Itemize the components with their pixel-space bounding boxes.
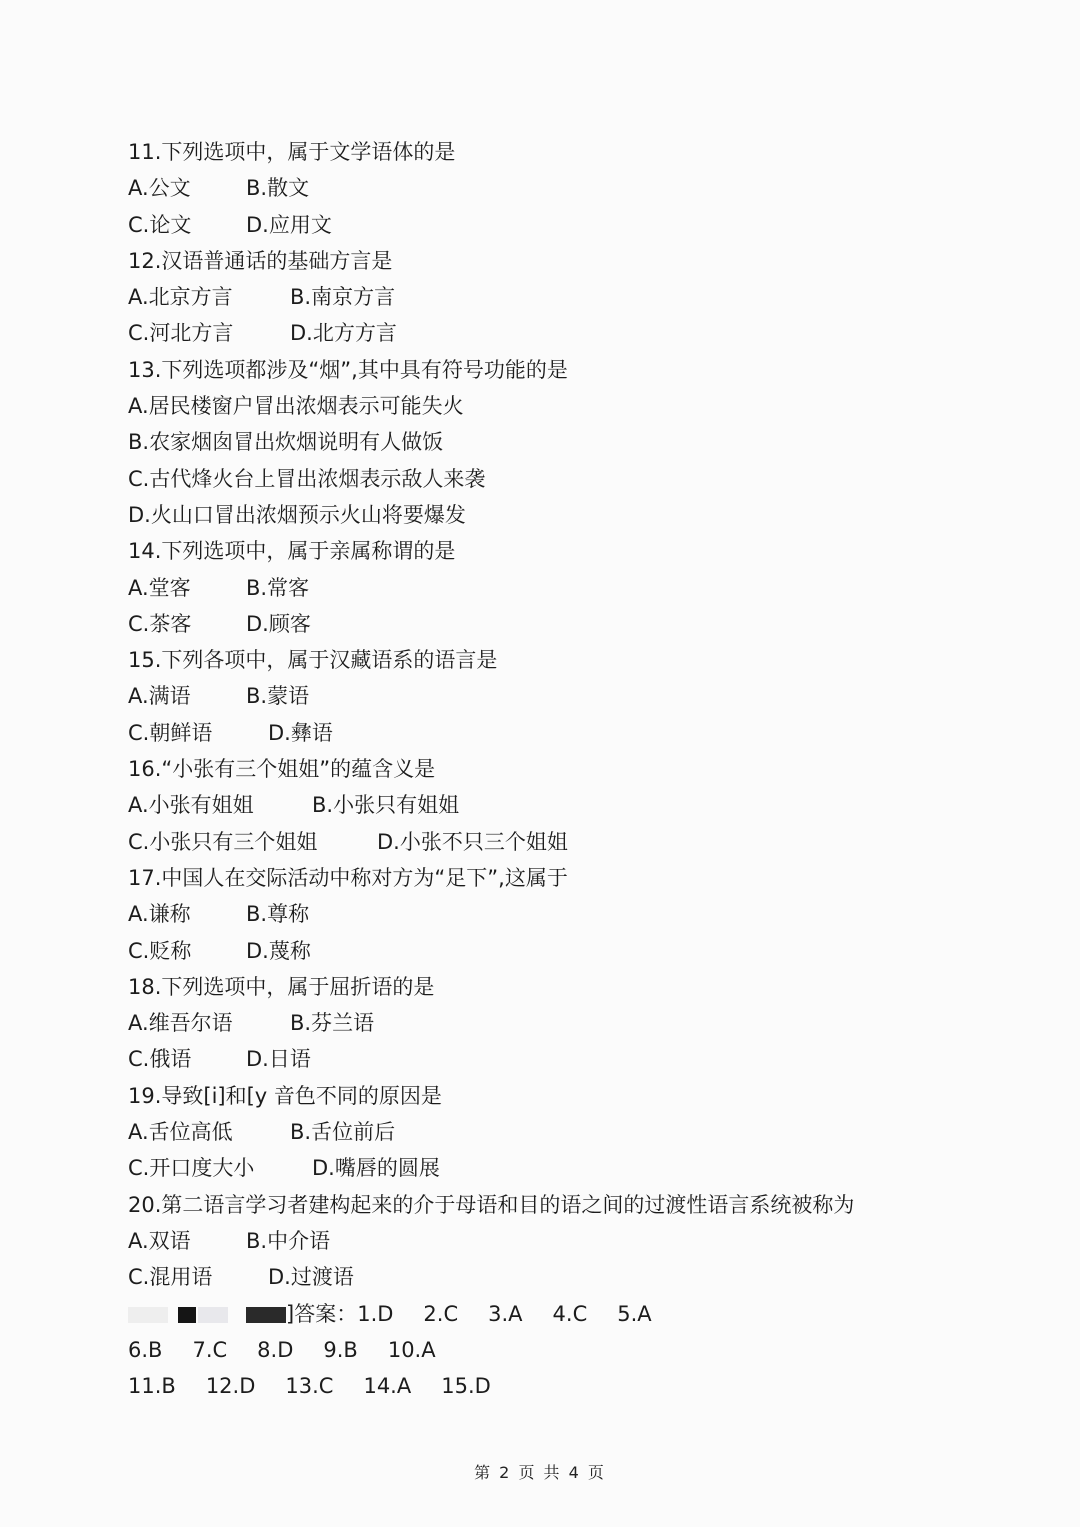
question-stem: 14.下列选项中，属于亲属称谓的是: [128, 533, 854, 569]
answer-item: 15.D: [441, 1368, 491, 1404]
answer-item: 10.A: [388, 1332, 436, 1368]
option-row: A.舌位高低B.舌位前后: [128, 1114, 854, 1150]
option-row: C.俄语D.日语: [128, 1041, 854, 1077]
answer-option: A.维吾尔语: [128, 1005, 290, 1041]
answer-option: C.俄语: [128, 1041, 246, 1077]
option-row: C.论文D.应用文: [128, 207, 854, 243]
question-stem: 19.导致[i]和[y 音色不同的原因是: [128, 1078, 854, 1114]
answer-item: 6.B: [128, 1332, 162, 1368]
answer-option: A.居民楼窗户冒出浓烟表示可能失火: [128, 388, 464, 424]
option-row: C.朝鲜语D.彝语: [128, 715, 854, 751]
answer-key-row: ]答案：1.D2.C3.A4.C5.A: [128, 1296, 854, 1332]
answer-option: C.河北方言: [128, 315, 290, 351]
answer-option: A.北京方言: [128, 279, 290, 315]
answer-key-row: 6.B7.C8.D9.B10.A: [128, 1332, 854, 1368]
answer-option: B.尊称: [246, 896, 309, 932]
answer-option: A.堂客: [128, 570, 246, 606]
answer-option: A.双语: [128, 1223, 246, 1259]
option-row: A.双语B.中介语: [128, 1223, 854, 1259]
answer-option: C.朝鲜语: [128, 715, 268, 751]
answer-item: 14.A: [363, 1368, 411, 1404]
answer-option: C.论文: [128, 207, 246, 243]
answer-option: B.农家烟囱冒出炊烟说明有人做饭: [128, 424, 443, 460]
question-stem: 15.下列各项中，属于汉藏语系的语言是: [128, 642, 854, 678]
answer-option: A.小张有姐姐: [128, 787, 312, 823]
answer-option: C.开口度大小: [128, 1150, 312, 1186]
answer-item: 1.D: [357, 1296, 393, 1332]
answer-item: 13.C: [285, 1368, 333, 1404]
answer-option: D.火山口冒出浓烟预示火山将要爆发: [128, 497, 466, 533]
answer-option: B.芬兰语: [290, 1005, 374, 1041]
answer-option: A.公文: [128, 170, 246, 206]
option-row: A.公文B.散文: [128, 170, 854, 206]
option-row: B.农家烟囱冒出炊烟说明有人做饭: [128, 424, 854, 460]
answer-item: 5.A: [617, 1296, 651, 1332]
option-row: C.混用语D.过渡语: [128, 1259, 854, 1295]
question-stem: 16.“小张有三个姐姐”的蕴含义是: [128, 751, 854, 787]
answer-option: D.过渡语: [268, 1259, 354, 1295]
answer-option: D.小张不只三个姐姐: [377, 824, 568, 860]
answer-item: 2.C: [423, 1296, 458, 1332]
answer-option: C.茶客: [128, 606, 246, 642]
answer-option: D.蔑称: [246, 933, 311, 969]
option-row: A.小张有姐姐B.小张只有姐姐: [128, 787, 854, 823]
option-row: A.维吾尔语B.芬兰语: [128, 1005, 854, 1041]
redacted-block: [128, 1305, 256, 1325]
answer-key-row: 11.B12.D13.C14.A15.D: [128, 1368, 854, 1404]
answer-item: 7.C: [192, 1332, 227, 1368]
answer-option: B.南京方言: [290, 279, 395, 315]
answer-item: 9.B: [323, 1332, 357, 1368]
question-stem: 11.下列选项中，属于文学语体的是: [128, 134, 854, 170]
answer-option: B.蒙语: [246, 678, 309, 714]
answer-key-label: ]答案：: [286, 1302, 357, 1326]
option-row: C.贬称D.蔑称: [128, 933, 854, 969]
page-footer: 第 2 页 共 4 页: [0, 1460, 1080, 1483]
option-row: C.开口度大小D.嘴唇的圆展: [128, 1150, 854, 1186]
option-row: C.古代烽火台上冒出浓烟表示敌人来袭: [128, 461, 854, 497]
answer-item: 12.D: [206, 1368, 256, 1404]
answer-option: B.中介语: [246, 1223, 330, 1259]
answer-option: D.彝语: [268, 715, 333, 751]
option-row: A.谦称B.尊称: [128, 896, 854, 932]
option-row: C.小张只有三个姐姐D.小张不只三个姐姐: [128, 824, 854, 860]
answer-item: 8.D: [257, 1332, 293, 1368]
answer-item: 11.B: [128, 1368, 176, 1404]
answer-option: D.顾客: [246, 606, 311, 642]
answer-option: A.舌位高低: [128, 1114, 290, 1150]
answer-option: C.小张只有三个姐姐: [128, 824, 377, 860]
answer-option: C.贬称: [128, 933, 246, 969]
question-list: 11.下列选项中，属于文学语体的是A.公文B.散文C.论文D.应用文12.汉语普…: [128, 134, 854, 1404]
option-row: C.茶客D.顾客: [128, 606, 854, 642]
answer-item: 3.A: [488, 1296, 522, 1332]
answer-option: B.常客: [246, 570, 309, 606]
question-stem: 12.汉语普通话的基础方言是: [128, 243, 854, 279]
answer-option: C.古代烽火台上冒出浓烟表示敌人来袭: [128, 461, 485, 497]
answer-option: B.小张只有姐姐: [312, 787, 459, 823]
question-stem: 20.第二语言学习者建构起来的介于母语和目的语之间的过渡性语言系统被称为: [128, 1187, 854, 1223]
answer-option: A.谦称: [128, 896, 246, 932]
question-stem: 18.下列选项中，属于屈折语的是: [128, 969, 854, 1005]
answer-option: B.散文: [246, 170, 309, 206]
answer-item: 4.C: [553, 1296, 588, 1332]
option-row: A.堂客B.常客: [128, 570, 854, 606]
answer-option: D.日语: [246, 1041, 311, 1077]
answer-option: B.舌位前后: [290, 1114, 395, 1150]
option-row: A.居民楼窗户冒出浓烟表示可能失火: [128, 388, 854, 424]
option-row: A.满语B.蒙语: [128, 678, 854, 714]
answer-option: D.北方方言: [290, 315, 397, 351]
answer-option: A.满语: [128, 678, 246, 714]
option-row: C.河北方言D.北方方言: [128, 315, 854, 351]
answer-option: C.混用语: [128, 1259, 268, 1295]
option-row: D.火山口冒出浓烟预示火山将要爆发: [128, 497, 854, 533]
question-stem: 17.中国人在交际活动中称对方为“足下”,这属于: [128, 860, 854, 896]
option-row: A.北京方言B.南京方言: [128, 279, 854, 315]
answer-option: D.嘴唇的圆展: [312, 1150, 440, 1186]
question-stem: 13.下列选项都涉及“烟”,其中具有符号功能的是: [128, 352, 854, 388]
answer-option: D.应用文: [246, 207, 332, 243]
